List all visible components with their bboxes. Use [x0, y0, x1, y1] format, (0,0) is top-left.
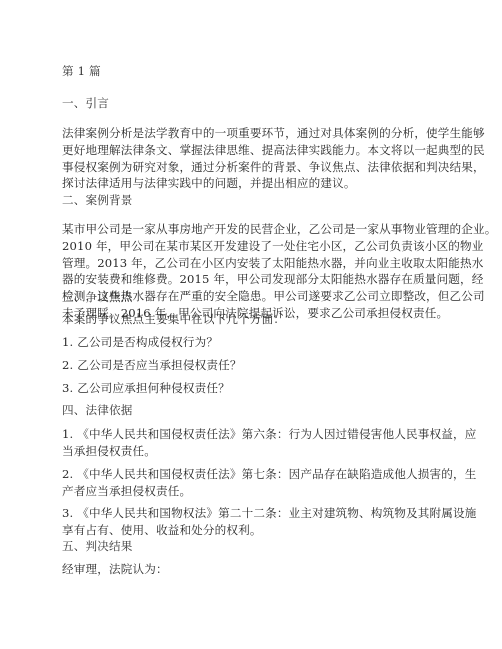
paragraph-line: 法律案例分析是法学教育中的一项重要环节，通过对具体案例的分析，使学生能够 [62, 125, 462, 142]
part-title: 第 1 篇 [62, 63, 462, 80]
paragraph-judgment: 经审理，法院认为： [62, 561, 462, 578]
list-item-dispute-1: 1. 乙公司是否构成侵权行为？ [62, 334, 462, 351]
list-item-law-2: 2. 《中华人民共和国侵权责任法》第七条：因产品存在缺陷造成他人损害的，生 产者… [62, 466, 462, 500]
list-item-text: 产者应当承担侵权责任。 [62, 483, 462, 500]
list-item-text: 2. 《中华人民共和国侵权责任法》第七条：因产品存在缺陷造成他人损害的，生 [62, 466, 462, 483]
list-item-text: 1. 《中华人民共和国侵权责任法》第六条：行为人因过错侵害他人民事权益，应 [62, 426, 462, 443]
paragraph-line: 2010 年，甲公司在某市某区开发建设了一处住宅小区，乙公司负责该小区的物业 [62, 238, 462, 255]
paragraph-line: 某市甲公司是一家从事房地产开发的民营企业，乙公司是一家从事物业管理的企业。 [62, 221, 462, 238]
section-heading-intro: 一、引言 [62, 95, 462, 112]
list-item-dispute-2: 2. 乙公司是否应当承担侵权责任？ [62, 357, 462, 374]
heading-text: 四、法律依据 [62, 402, 462, 419]
paragraph-line: 更好地理解法律条文、掌握法律思维、提高法律实践能力。本文将以一起典型的民 [62, 142, 462, 159]
section-heading-judgment: 五、判决结果 [62, 538, 462, 555]
section-heading-legal-basis: 四、法律依据 [62, 402, 462, 419]
list-item-law-3: 3. 《中华人民共和国物权法》第二十二条：业主对建筑物、构筑物及其附属设施 享有… [62, 505, 462, 539]
heading-text: 五、判决结果 [62, 538, 462, 555]
list-item-text: 1. 乙公司是否构成侵权行为？ [62, 334, 462, 351]
list-item-text: 3. 乙公司应承担何种侵权责任？ [62, 380, 462, 397]
list-item-text: 享有占有、使用、收益和处分的权利。 [62, 522, 462, 539]
section-heading-background: 二、案例背景 [62, 192, 462, 209]
paragraph-line: 经审理，法院认为： [62, 561, 462, 578]
list-item-text: 当承担侵权责任。 [62, 443, 462, 460]
paragraph-line: 本案的争议焦点主要集中在以下几个方面： [62, 311, 462, 328]
heading-text: 一、引言 [62, 95, 462, 112]
paragraph-background: 某市甲公司是一家从事房地产开发的民营企业，乙公司是一家从事物业管理的企业。 20… [62, 221, 462, 322]
list-item-dispute-3: 3. 乙公司应承担何种侵权责任？ [62, 380, 462, 397]
paragraph-dispute-intro: 本案的争议焦点主要集中在以下几个方面： [62, 311, 462, 328]
part-title-text: 第 1 篇 [62, 63, 462, 80]
paragraph-line: 器的安装费和维修费。2015 年，甲公司发现部分太阳能热水器存在质量问题，经 [62, 271, 462, 288]
list-item-law-1: 1. 《中华人民共和国侵权责任法》第六条：行为人因过错侵害他人民事权益，应 当承… [62, 426, 462, 460]
paragraph-line: 管理。2013 年，乙公司在小区内安装了太阳能热水器，并向业主收取太阳能热水 [62, 255, 462, 272]
section-heading-dispute-focus: 三、争议焦点 [62, 289, 462, 306]
list-item-text: 3. 《中华人民共和国物权法》第二十二条：业主对建筑物、构筑物及其附属设施 [62, 505, 462, 522]
paragraph-line: 探讨法律适用与法律实践中的问题，并提出相应的建议。 [62, 175, 462, 192]
document-page: 第 1 篇 一、引言 法律案例分析是法学教育中的一项重要环节，通过对具体案例的分… [0, 0, 502, 649]
heading-text: 三、争议焦点 [62, 289, 462, 306]
paragraph-line: 事侵权案例为研究对象，通过分析案件的背景、争议焦点、法律依据和判决结果， [62, 159, 462, 176]
paragraph-intro: 法律案例分析是法学教育中的一项重要环节，通过对具体案例的分析，使学生能够 更好地… [62, 125, 462, 192]
heading-text: 二、案例背景 [62, 192, 462, 209]
list-item-text: 2. 乙公司是否应当承担侵权责任？ [62, 357, 462, 374]
